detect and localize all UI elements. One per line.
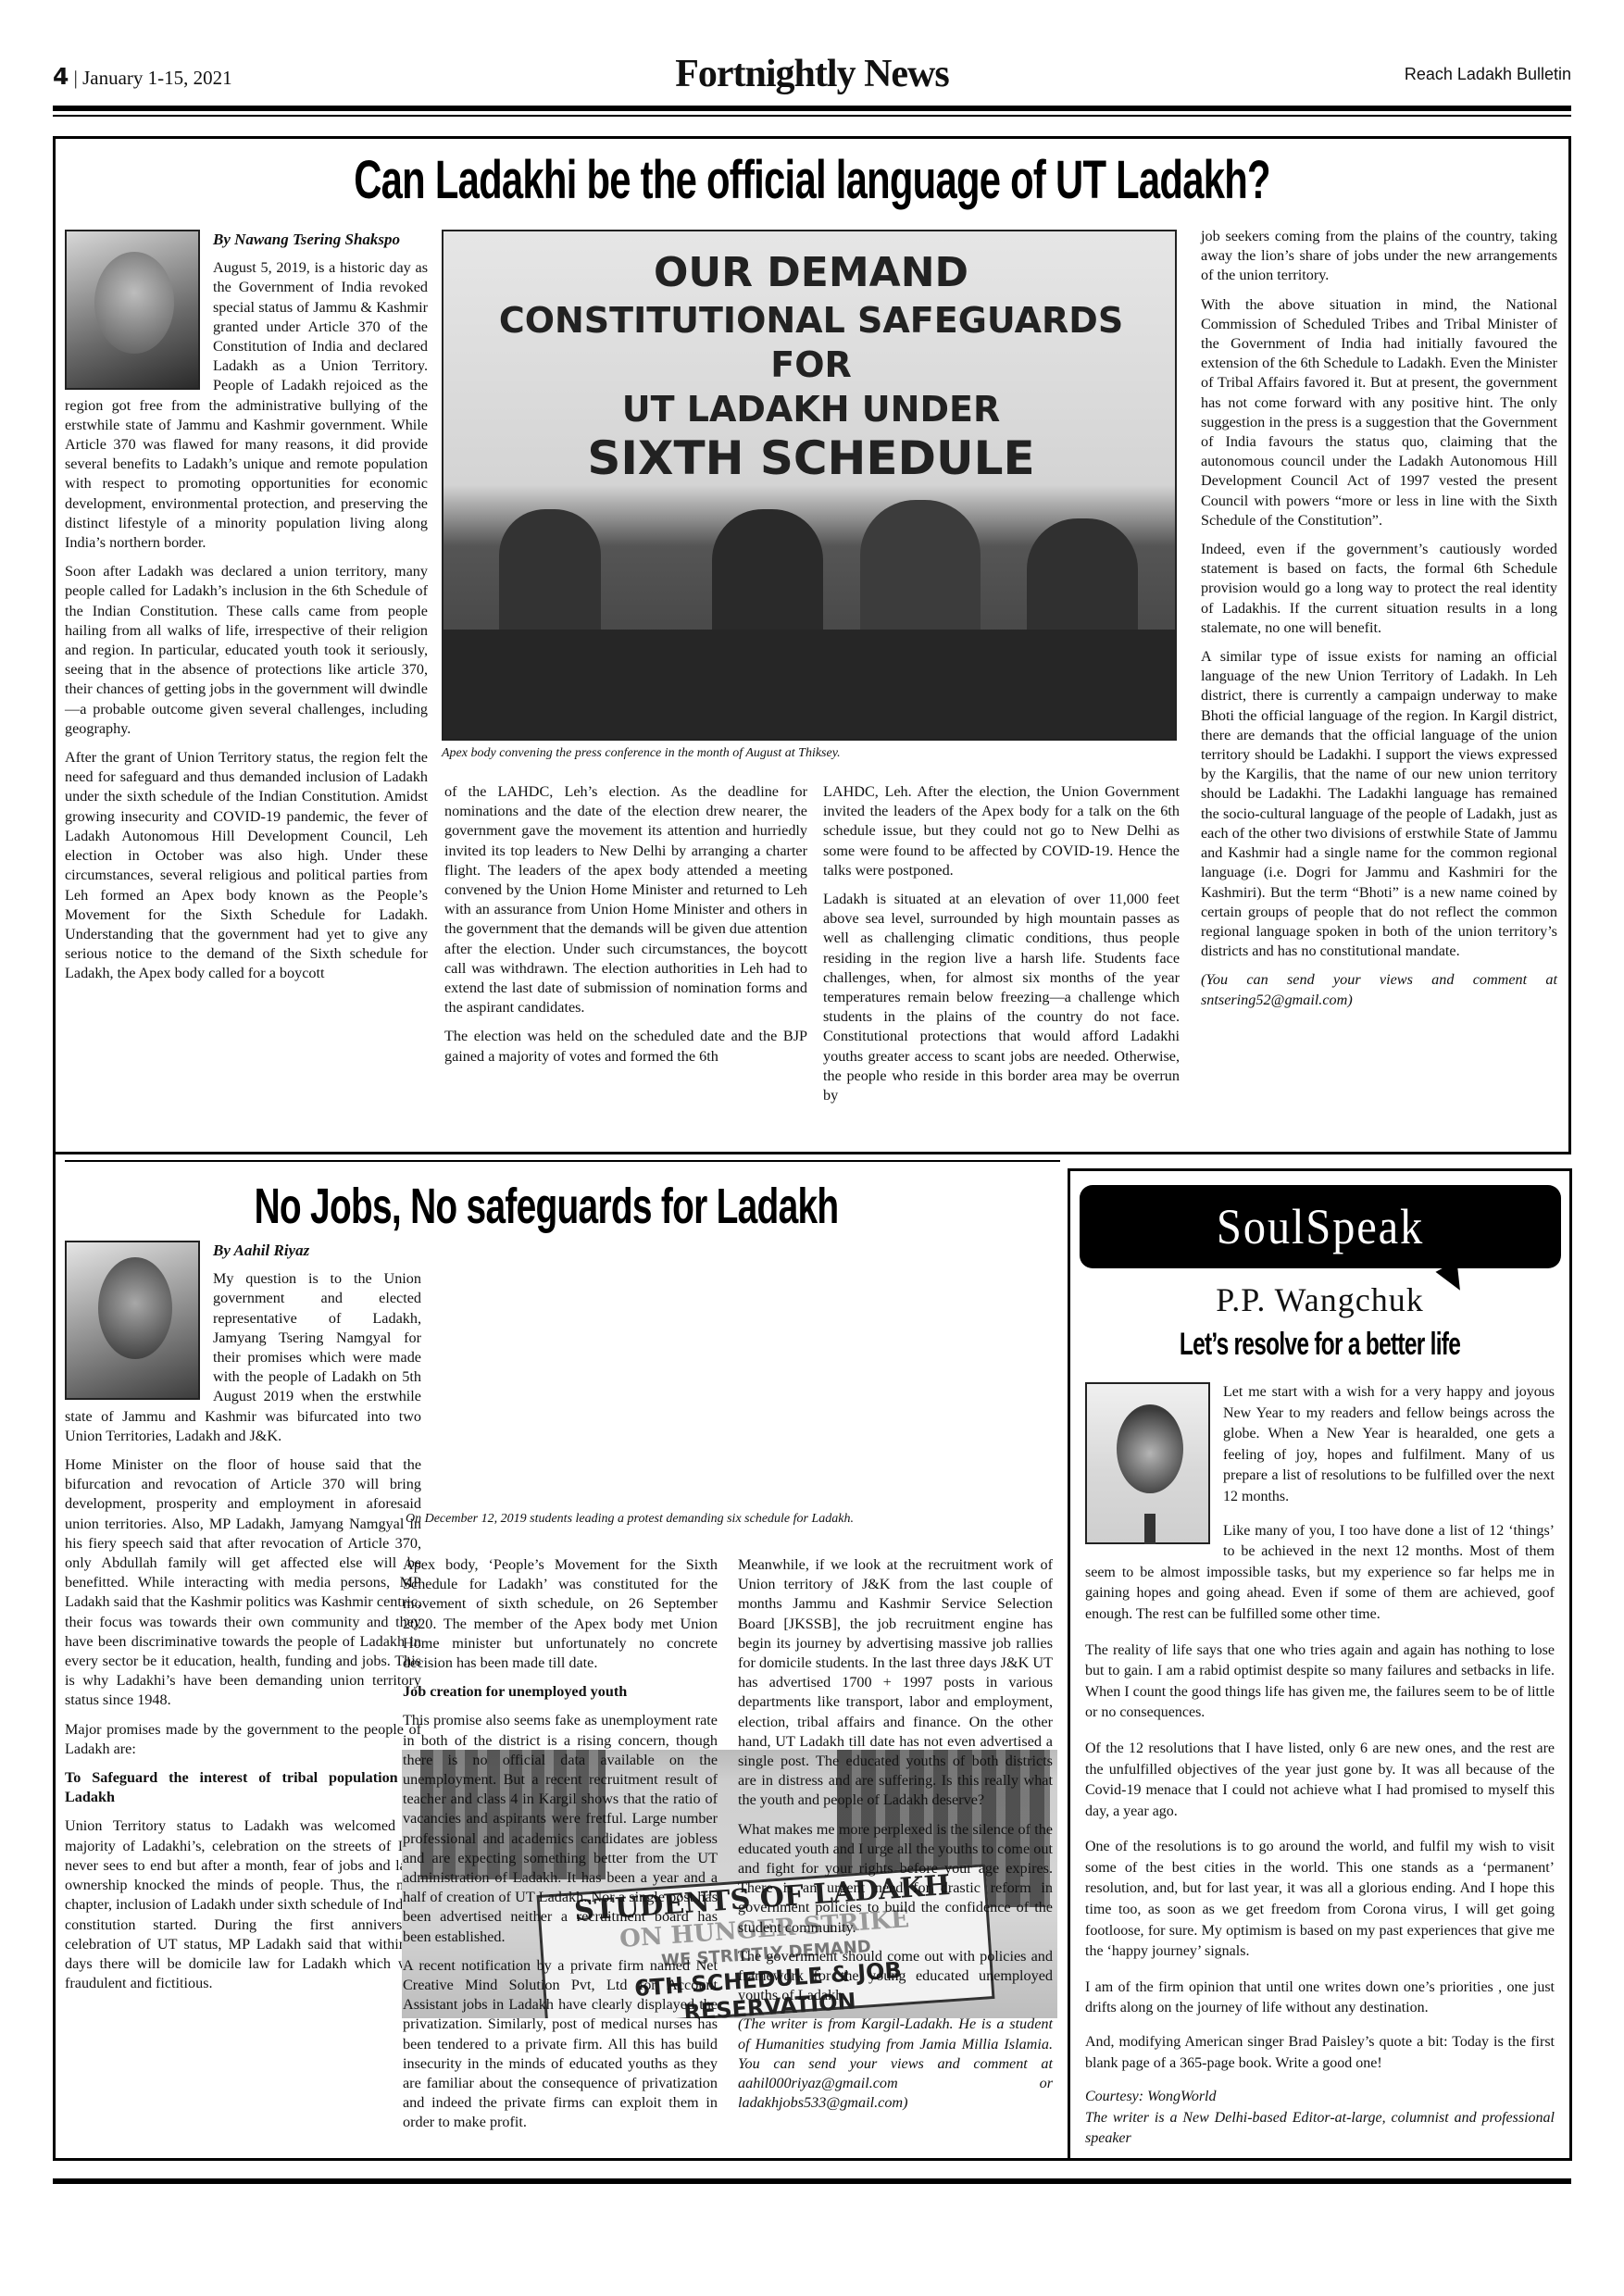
author-portrait-wangchuk xyxy=(1085,1382,1210,1544)
article2-paragraph: This promise also seems fake as unemploy… xyxy=(403,1711,718,1946)
article2-subheading: Job creation for unemployed youth xyxy=(403,1682,718,1702)
article1-paragraph: A similar type of issue exists for namin… xyxy=(1201,647,1557,961)
article2-paragraph: Major promises made by the government to… xyxy=(65,1720,421,1759)
article2-paragraph: Meanwhile, if we look at the recruitment… xyxy=(738,1555,1053,1811)
article2-column-1: By Aahil Riyaz My question is to the Uni… xyxy=(65,1241,421,2003)
article2-headline: No Jobs, No safeguards for Ladakh xyxy=(193,1176,899,1237)
soulspeak-paragraph: And, modifying American singer Brad Pais… xyxy=(1085,2032,1555,2074)
soulspeak-headline: Let’s resolve for a better life xyxy=(1138,1324,1501,1365)
soulspeak-paragraph: The reality of life says that one who tr… xyxy=(1085,1641,1555,1724)
soulspeak-paragraph: One of the resolutions is to go around t… xyxy=(1085,1837,1555,1963)
article1-paragraph: Indeed, even if the government’s cautiou… xyxy=(1201,540,1557,638)
article2-column-3: Meanwhile, if we look at the recruitment… xyxy=(738,1555,1053,2122)
article2-frame-bottom xyxy=(53,2158,1068,2161)
article2-contact-note: (The writer is from Kargil-Ladakh. He is… xyxy=(738,2015,1053,2113)
article1-photo-press-conference: OUR DEMAND CONSTITUTIONAL SAFEGUARDS FOR… xyxy=(442,230,1177,741)
article1-paragraph: Soon after Ladakh was declared a union t… xyxy=(65,562,428,739)
article1-contact-note: (You can send your views and comment at … xyxy=(1201,970,1557,1009)
article1-paragraph: After the grant of Union Territory statu… xyxy=(65,748,428,983)
header-rule-thin xyxy=(53,115,1571,117)
article2-paragraph: What makes me more perplexed is the sile… xyxy=(738,1820,1053,1938)
article2-paragraph: Union Territory status to Ladakh was wel… xyxy=(65,1816,421,1993)
article1-column-3: LAHDC, Leh. After the election, the Unio… xyxy=(823,782,1180,1115)
section-name: Reach Ladakh Bulletin xyxy=(1405,65,1571,84)
article1-column-4: job seekers coming from the plains of th… xyxy=(1201,227,1557,1019)
article1-column-2: of the LAHDC, Leh’s election. As the dea… xyxy=(444,782,807,1076)
author-portrait-shakspo xyxy=(65,230,200,390)
footer-rule xyxy=(53,2178,1571,2184)
soulspeak-paragraph: Of the 12 resolutions that I have listed… xyxy=(1085,1739,1555,1822)
soulspeak-body: Let me start with a wish for a very happ… xyxy=(1085,1382,1555,2150)
article2-paragraph: The government should come out with poli… xyxy=(738,1947,1053,2006)
article2-paragraph: A recent notification by a private firm … xyxy=(403,1956,718,2133)
article2-column-2: Apex body, ‘People’s Movement for the Si… xyxy=(403,1555,718,2142)
article2-paragraph: Apex body, ‘People’s Movement for the Si… xyxy=(403,1555,718,1673)
demand-banner: OUR DEMAND CONSTITUTIONAL SAFEGUARDS FOR… xyxy=(481,248,1142,452)
article1-paragraph: job seekers coming from the plains of th… xyxy=(1201,227,1557,286)
article2-paragraph: Home Minister on the floor of house said… xyxy=(65,1455,421,1711)
soulspeak-column-title: SoulSpeak xyxy=(1104,1185,1537,1268)
article1-column-1: By Nawang Tsering Shakspo August 5, 2019… xyxy=(65,230,428,993)
publication-title: Fortnightly News xyxy=(0,52,1624,96)
article-divider xyxy=(65,1160,1060,1162)
soulspeak-paragraph: I am of the firm opinion that until one … xyxy=(1085,1978,1555,2019)
soulspeak-author-bio: The writer is a New Delhi-based Editor-a… xyxy=(1085,2108,1555,2150)
article2-frame-left xyxy=(53,1154,56,2161)
article2-photo-caption: On December 12, 2019 students leading a … xyxy=(406,1512,1054,1527)
article1-paragraph: of the LAHDC, Leh’s election. As the dea… xyxy=(444,782,807,1017)
soulspeak-author: P.P. Wangchuk xyxy=(1068,1280,1572,1319)
soulspeak-speech-bubble: SoulSpeak xyxy=(1080,1185,1561,1268)
article1-paragraph: Ladakh is situated at an elevation of ov… xyxy=(823,890,1180,1105)
article1-paragraph: With the above situation in mind, the Na… xyxy=(1201,295,1557,530)
article1-paragraph: The election was held on the scheduled d… xyxy=(444,1027,807,1066)
article1-photo-caption: Apex body convening the press conference… xyxy=(442,746,1177,761)
author-portrait-riyaz xyxy=(65,1241,200,1400)
article1-headline: Can Ladakhi be the official language of … xyxy=(266,148,1359,213)
soulspeak-courtesy: Courtesy: WongWorld xyxy=(1085,2087,1555,2108)
header-rule xyxy=(53,106,1571,111)
article2-subheading: To Safeguard the interest of tribal popu… xyxy=(65,1768,421,1807)
article1-paragraph: LAHDC, Leh. After the election, the Unio… xyxy=(823,782,1180,880)
